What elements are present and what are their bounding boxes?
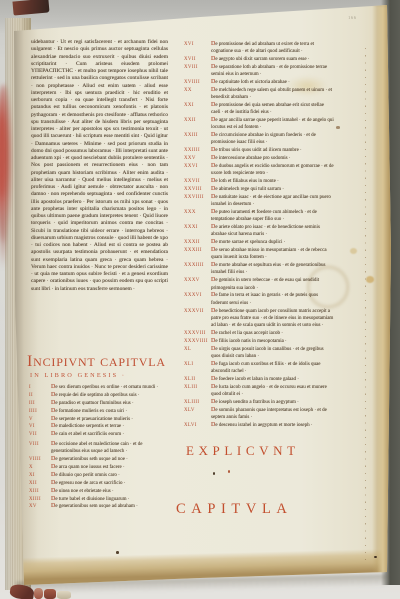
binding-cover-sliver bbox=[12, 0, 49, 16]
capitulum-row: XXXVIII De rachel et lia quas accepit ia… bbox=[184, 330, 334, 337]
capitulum-text: De agar ancilla sarrae quae peperit isma… bbox=[211, 117, 334, 131]
capitulum-numeral: VII bbox=[29, 431, 51, 438]
capitulum-text: De foedere iacob et laban in monte galaa… bbox=[211, 376, 334, 383]
capitulum-row: XXVIII De abimelech rege qui tulit sarra… bbox=[184, 186, 334, 193]
capitula-list-right: XVI De promissione dei ad abraham ut exi… bbox=[184, 41, 334, 430]
bookmark-tassel bbox=[57, 591, 71, 599]
capitulum-numeral: V bbox=[29, 416, 51, 423]
capitulum-text: De lucta iacob cum angelo · et de occurs… bbox=[211, 384, 334, 398]
capitulum-text: De descensu israhel in aegyptum et morte… bbox=[211, 422, 334, 429]
incipit-subheading: IN LIBRO GENESIS · bbox=[30, 372, 126, 379]
capitulum-numeral: XXVIII bbox=[184, 186, 211, 193]
capitulum-row: XLII De foedere iacob et laban in monte … bbox=[184, 376, 334, 383]
capitulum-row: XXV De intercessione abrahae pro sodomis… bbox=[184, 155, 334, 162]
capitulum-row: XXXVIIII De filiis iacob natis in mesopo… bbox=[184, 338, 334, 345]
capitulum-numeral: XXVII bbox=[184, 178, 211, 185]
capitula-list-left: I De sex dierum operibus ex ordine · et … bbox=[29, 384, 169, 511]
capitulum-numeral: XXX bbox=[184, 209, 211, 223]
capitulum-row: XXXVI De fame in terra et isaac in gerar… bbox=[184, 292, 334, 306]
bookmark-tassel bbox=[44, 589, 56, 599]
capitulum-text: De somniis pharaonis quae interpretatus … bbox=[211, 407, 334, 421]
capitulum-row: XVI De promissione dei ad abraham ut exi… bbox=[184, 41, 334, 55]
capitulum-text: De aegypto ubi dixit sarram sororem suam… bbox=[211, 56, 334, 63]
speck bbox=[336, 126, 340, 129]
capitulum-numeral: II bbox=[29, 392, 51, 399]
capitulum-numeral: XV bbox=[29, 503, 51, 510]
capitulum-text: De fuga iacob cum uxoribus et filiis · e… bbox=[211, 361, 334, 375]
capitulum-row: XLV De somniis pharaonis quae interpreta… bbox=[184, 407, 334, 421]
bookmark-tassel bbox=[9, 583, 35, 599]
capitulum-text: De diluuio quo periit omnis caro · bbox=[51, 472, 169, 479]
capitulum-row: XXII De agar ancilla sarrae quae peperit… bbox=[184, 117, 334, 131]
speck bbox=[213, 472, 215, 475]
bookmark-tassel bbox=[34, 588, 43, 599]
capitulum-text: De promissione dei quia semen abrahae er… bbox=[211, 102, 334, 116]
capitulum-numeral: XXXIII bbox=[184, 247, 211, 261]
page-cast-shadow bbox=[16, 574, 388, 596]
capitulum-text: De generationibus seth usque ad noe · bbox=[51, 456, 169, 463]
capitulum-row: II De requie dei die septimo ab operibus… bbox=[29, 392, 169, 399]
capitulum-numeral: XXXVIII bbox=[184, 330, 211, 337]
capitulum-text: De fame in terra et isaac in geraris · e… bbox=[211, 292, 334, 306]
capitulum-numeral: XLI bbox=[184, 361, 211, 375]
capitulum-numeral: XLIII bbox=[184, 384, 211, 398]
capitulum-row: III De paradiso et quattuor fluminibus e… bbox=[29, 400, 169, 407]
capitulum-numeral: XI bbox=[29, 472, 51, 479]
folio-number: 166 bbox=[348, 15, 357, 20]
spine-red-showthrough-2 bbox=[0, 200, 8, 270]
capitulum-numeral: VIIII bbox=[29, 456, 51, 463]
capitulum-numeral: XXIII bbox=[184, 132, 211, 146]
capitulum-numeral: XLIIII bbox=[184, 399, 211, 406]
capitulum-row: XVIIII De captiuitate loth et uictoria a… bbox=[184, 79, 334, 86]
capitulum-row: XIIII De turre babel et diuisione lingua… bbox=[29, 496, 169, 503]
capitulum-numeral: VIII bbox=[29, 441, 51, 455]
capitulum-row: VI De maledictione serpentis et terrae · bbox=[29, 423, 169, 430]
capitulum-text: De tribus uiris quos uidit ad ilicem mam… bbox=[211, 147, 334, 154]
capitulum-text: De paradiso et quattuor fluminibus eius … bbox=[51, 400, 169, 407]
capitulum-text: De puteo iuramenti et foedere cum abimel… bbox=[211, 209, 334, 223]
capitulum-text: De filiis iacob natis in mesopotamia · bbox=[211, 338, 334, 345]
capitulum-row: XXXV De geminis in utero rebeccae · et d… bbox=[184, 277, 334, 291]
capitulum-row: VII De cain et abel et sacrificiis eorum… bbox=[29, 431, 169, 438]
capitulum-text: De morte sarrae et spelunca duplici · bbox=[211, 239, 334, 246]
capitulum-text: De rachel et lia quas accepit iacob · bbox=[211, 330, 334, 337]
capitulum-text: De formatione mulieris ex costa uiri · bbox=[51, 408, 169, 415]
capitulum-numeral: X bbox=[29, 464, 51, 471]
capitulum-numeral: XLV bbox=[184, 407, 211, 421]
capitulum-text: De maledictione serpentis et terrae · bbox=[51, 423, 169, 430]
capitulum-text: De turre babel et diuisione linguarum · bbox=[51, 496, 169, 503]
capitulum-text: De sex dierum operibus ex ordine · et or… bbox=[51, 384, 169, 391]
capitulum-row: XV De generationibus sem usque ad abraha… bbox=[29, 503, 169, 510]
capitulum-text: De abimelech rege qui tulit sarram · bbox=[211, 186, 334, 193]
capitulum-text: De seruo abrahae misso in mesopotamiam ·… bbox=[211, 247, 334, 261]
capitulum-numeral: XL bbox=[184, 346, 211, 360]
capitulum-row: XXX De puteo iuramenti et foedere cum ab… bbox=[184, 209, 334, 223]
capitulum-numeral: XVI bbox=[184, 41, 211, 55]
capitulum-row: XLIII De lucta iacob cum angelo · et de … bbox=[184, 384, 334, 398]
capitulum-numeral: XLVI bbox=[184, 422, 211, 429]
capitulum-numeral: XXXVIIII bbox=[184, 338, 211, 345]
capitulum-numeral: XXI bbox=[184, 102, 211, 116]
capitulum-text: De ioseph uendito a fratribus in aegyptu… bbox=[211, 399, 334, 406]
parchment-page bbox=[0, 0, 400, 599]
capitulum-row: XXIIII De tribus uiris quos uidit ad ili… bbox=[184, 147, 334, 154]
capitulum-text: De intercessione abrahae pro sodomis · bbox=[211, 155, 334, 162]
capitulum-numeral: XIIII bbox=[29, 496, 51, 503]
capitulum-numeral: III bbox=[29, 400, 51, 407]
capitulum-numeral: XXVIIII bbox=[184, 194, 211, 208]
capitulum-text: De arca quam noe iussus est facere · bbox=[51, 464, 169, 471]
capitulum-row: XI De diluuio quo periit omnis caro · bbox=[29, 472, 169, 479]
capitulum-numeral: XXIIII bbox=[184, 147, 211, 154]
capitulum-row: XXVIIII De natiuitate isaac · et de eiec… bbox=[184, 194, 334, 208]
capitulum-numeral: XXXIIII bbox=[184, 262, 211, 276]
capitulum-numeral: XXXII bbox=[184, 239, 211, 246]
speck bbox=[252, 210, 254, 212]
capitulum-numeral: XLII bbox=[184, 376, 211, 383]
capitulum-text: De serpente et praeuaricatione mulieris … bbox=[51, 416, 169, 423]
capitulum-text: De natiuitate isaac · et de eiectione ag… bbox=[211, 194, 334, 208]
backdrop-top-shadow bbox=[0, 0, 400, 34]
capitulum-text: De uirgis quas posuit iacob in canalibus… bbox=[211, 346, 334, 360]
stain-ring bbox=[306, 264, 350, 310]
capitulum-row: XL De uirgis quas posuit iacob in canali… bbox=[184, 346, 334, 360]
capitulum-numeral: XII bbox=[29, 480, 51, 487]
prologue-text-block: uidebantur · Ut et regi satisfacerent · … bbox=[31, 39, 168, 293]
capitulum-row: XXI De promissione dei quia semen abraha… bbox=[184, 102, 334, 116]
capitulum-row: XXXIII De seruo abrahae misso in mesopot… bbox=[184, 247, 334, 261]
gutter-fore-edges bbox=[5, 18, 31, 590]
capitulum-row: XVII De aegypto ubi dixit sarram sororem… bbox=[184, 56, 334, 63]
capitulum-row: XII De egressu noe de arca et sacrificio… bbox=[29, 480, 169, 487]
capitulum-numeral: XVIIII bbox=[184, 79, 211, 86]
capitulum-text: De loth et filiabus eius in monte · bbox=[211, 178, 334, 185]
capitulum-numeral: XXXVI bbox=[184, 292, 211, 306]
capitulum-row: V De serpente et praeuaricatione mulieri… bbox=[29, 416, 169, 423]
capitulum-numeral: XXV bbox=[184, 155, 211, 162]
incipit-heading: INCIPIVNT CAPITVLA bbox=[27, 355, 185, 369]
capitulum-row: XXXIIII De morte abrahae et sepultura ei… bbox=[184, 262, 334, 276]
capitulum-numeral: XXVI bbox=[184, 163, 211, 177]
capitulum-numeral: VI bbox=[29, 423, 51, 430]
capitulum-numeral: XXXI bbox=[184, 224, 211, 238]
capitulum-text: De requie dei die septimo ab operibus su… bbox=[51, 392, 169, 399]
capitulum-row: XX De melchisedech rege salem qui obtuli… bbox=[184, 87, 334, 101]
capitulum-numeral: XVII bbox=[184, 56, 211, 63]
capitulum-row: XXIII De circumcisione abrahae in signum… bbox=[184, 132, 334, 146]
capitulum-text: De morte abrahae et sepultura eius · et … bbox=[211, 262, 334, 276]
capitulum-text: De occisione abel et maledictione cain ·… bbox=[51, 441, 169, 455]
stain bbox=[350, 248, 357, 254]
stain bbox=[286, 76, 328, 96]
capitulum-row: IIII De formatione mulieris ex costa uir… bbox=[29, 408, 169, 415]
capitulum-text: De promissione dei ad abraham ut exiret … bbox=[211, 41, 334, 55]
capitulum-text: De benedictione quam iacob per consilium… bbox=[211, 308, 334, 330]
manuscript-photo: 166 uidebantur · Ut et regi satisfaceren… bbox=[0, 0, 400, 599]
speck bbox=[374, 556, 377, 558]
capitulum-row: XXVI De duobus angelis et excidio sodomo… bbox=[184, 163, 334, 177]
ink-dot bbox=[228, 470, 230, 473]
capitulum-text: De captiuitate loth et uictoria abrahae … bbox=[211, 79, 334, 86]
capitulum-text: De egressu noe de arca et sacrificio · bbox=[51, 480, 169, 487]
capitulum-row: XXXII De morte sarrae et spelunca duplic… bbox=[184, 239, 334, 246]
capitulum-numeral: XIII bbox=[29, 488, 51, 495]
capitulum-numeral: XX bbox=[184, 87, 211, 101]
capitulum-row: XIII De uinea noe et ebrietate eius · bbox=[29, 488, 169, 495]
speck bbox=[116, 551, 119, 554]
explicit-word-1: EXPLICVNT bbox=[186, 443, 300, 459]
capitulum-numeral: XXXVII bbox=[184, 308, 211, 330]
spine-red-showthrough bbox=[0, 84, 12, 244]
capitulum-row: XXVII De loth et filiabus eius in monte … bbox=[184, 178, 334, 185]
capitulum-row: I De sex dierum operibus ex ordine · et … bbox=[29, 384, 169, 391]
capitulum-numeral: IIII bbox=[29, 408, 51, 415]
capitulum-numeral: XVIII bbox=[184, 64, 211, 78]
capitulum-text: De separatione loth ab abraham · et de p… bbox=[211, 64, 334, 78]
capitulum-text: De uinea noe et ebrietate eius · bbox=[51, 488, 169, 495]
capitulum-row: XXXI De ariete oblato pro isaac · et de … bbox=[184, 224, 334, 238]
capitulum-numeral: XXXV bbox=[184, 277, 211, 291]
backdrop-dark-strip bbox=[381, 0, 400, 585]
capitulum-text: De generationibus sem usque ad abraham · bbox=[51, 503, 169, 510]
capitulum-text: De melchisedech rege salem qui obtulit p… bbox=[211, 87, 334, 101]
capitulum-row: VIII De occisione abel et maledictione c… bbox=[29, 441, 169, 455]
capitulum-text: De circumcisione abrahae in signum foede… bbox=[211, 132, 334, 146]
capitulum-numeral: XXII bbox=[184, 117, 211, 131]
explicit-word-2: CAPITVLA bbox=[176, 501, 293, 518]
capitulum-row: XLIIII De ioseph uendito a fratribus in … bbox=[184, 399, 334, 406]
capitulum-text: De geminis in utero rebeccae · et de esa… bbox=[211, 277, 334, 291]
capitulum-row: XLI De fuga iacob cum uxoribus et filiis… bbox=[184, 361, 334, 375]
capitulum-row: VIIII De generationibus seth usque ad no… bbox=[29, 456, 169, 463]
capitulum-row: XXXVII De benedictione quam iacob per co… bbox=[184, 308, 334, 330]
capitulum-row: X De arca quam noe iussus est facere · bbox=[29, 464, 169, 471]
stain bbox=[366, 276, 374, 283]
pricking-holes bbox=[365, 48, 366, 560]
capitulum-row: XVIII De separatione loth ab abraham · e… bbox=[184, 64, 334, 78]
capitulum-row: XLVI De descensu israhel in aegyptum et … bbox=[184, 422, 334, 429]
capitulum-text: De duobus angelis et excidio sodomorum e… bbox=[211, 163, 334, 177]
capitulum-numeral: I bbox=[29, 384, 51, 391]
capitulum-text: De cain et abel et sacrificiis eorum · bbox=[51, 431, 169, 438]
capitulum-text: De ariete oblato pro isaac · et de bened… bbox=[211, 224, 334, 238]
